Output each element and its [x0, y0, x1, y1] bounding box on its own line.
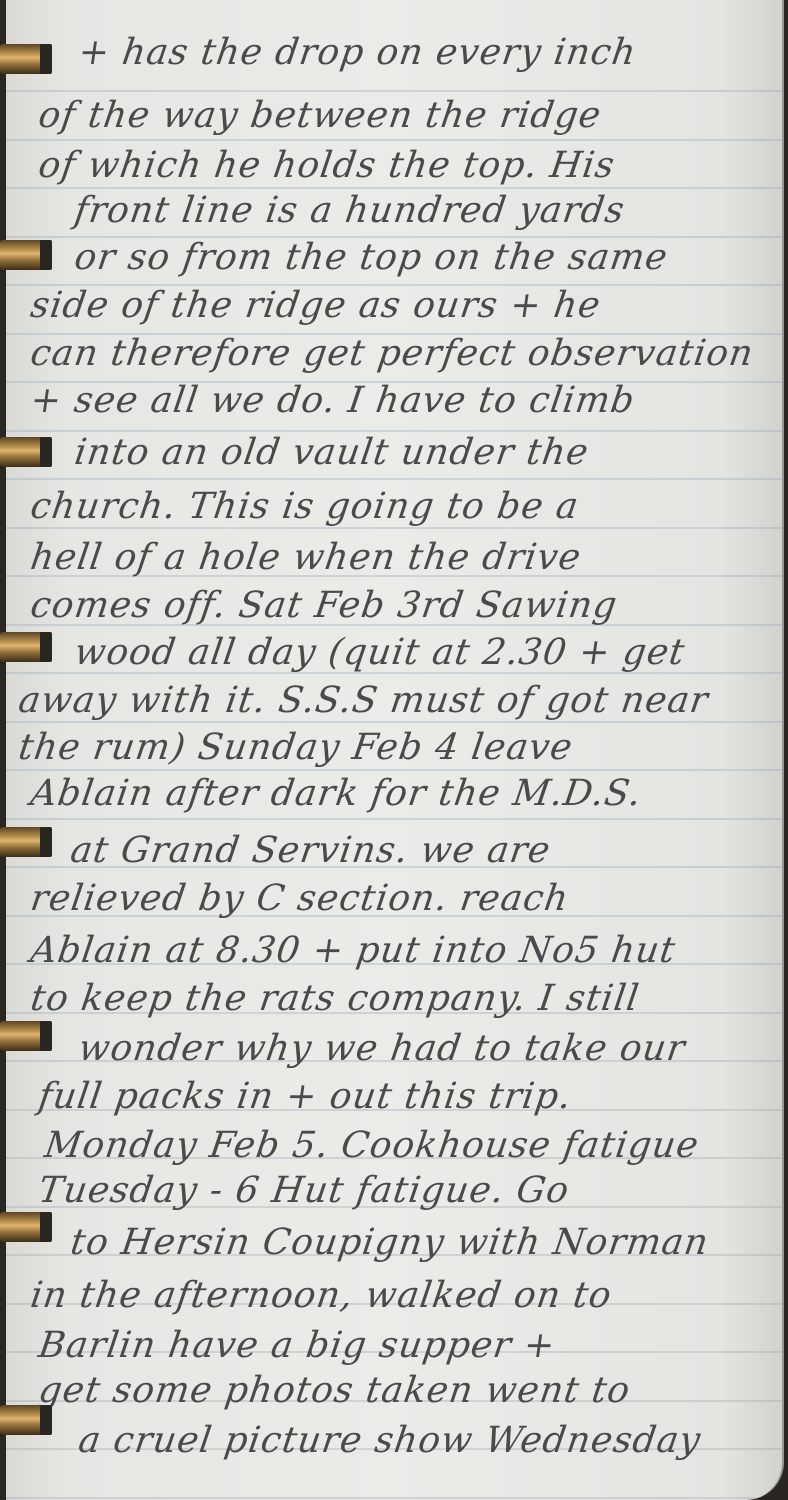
- text-line: Tuesday - 6 Hut fatigue. Go: [36, 1170, 572, 1211]
- spiral-ring-icon: [0, 240, 50, 270]
- text-line: Ablain at 8.30 + put into No5 hut: [28, 930, 678, 971]
- text-line: comes off. Sat Feb 3rd Sawing: [28, 585, 620, 626]
- text-line: church. This is going to be a: [28, 486, 582, 527]
- ruled-line: [6, 187, 782, 189]
- text-line: hell of a hole when the drive: [28, 537, 584, 578]
- ruled-line: [6, 1497, 782, 1499]
- text-line: wonder why we had to take our: [76, 1028, 688, 1069]
- text-line: of the way between the ridge: [36, 95, 604, 136]
- ruled-line: [6, 478, 782, 480]
- text-line: + has the drop on every inch: [76, 32, 639, 73]
- text-line: away with it. S.S.S must of got near: [16, 680, 711, 721]
- text-line: in the afternoon, walked on to: [28, 1275, 615, 1316]
- spiral-ring-icon: [0, 827, 50, 857]
- text-line: to Hersin Coupigny with Norman: [68, 1222, 711, 1263]
- spiral-ring-icon: [0, 1021, 50, 1051]
- text-line: Ablain after dark for the M.D.S.: [28, 773, 644, 814]
- text-line: relieved by C section. reach: [28, 878, 572, 919]
- text-line: side of the ridge as ours + he: [28, 285, 603, 326]
- notebook-page: + has the drop on every inch of the way …: [6, 0, 784, 1500]
- ruled-line: [6, 769, 782, 771]
- text-line: wood all day (quit at 2.30 + get: [72, 632, 688, 673]
- text-line: at Grand Servins. we are: [68, 830, 553, 871]
- text-line: or so from the top on the same: [72, 237, 671, 278]
- text-line: front line is a hundred yards: [72, 190, 627, 231]
- text-line: a cruel picture show Wednesday: [76, 1420, 704, 1461]
- text-line: the rum) Sunday Feb 4 leave: [16, 727, 576, 768]
- ruled-line: [6, 818, 782, 820]
- text-line: get some photos taken went to: [36, 1370, 633, 1411]
- spiral-ring-icon: [0, 44, 50, 74]
- text-line: Monday Feb 5. Cookhouse fatigue: [42, 1125, 702, 1166]
- ruled-line: [6, 90, 782, 92]
- ruled-line: [6, 527, 782, 529]
- spiral-ring-icon: [0, 1212, 50, 1242]
- spiral-ring-icon: [0, 1405, 50, 1435]
- ruled-line: [6, 721, 782, 723]
- ruled-line: [6, 139, 782, 141]
- spiral-ring-icon: [0, 437, 50, 467]
- text-line: can therefore get perfect observation: [28, 333, 756, 374]
- spiral-ring-icon: [0, 632, 50, 662]
- text-line: into an old vault under the: [72, 432, 592, 473]
- text-line: to keep the rats company. I still: [28, 978, 642, 1019]
- text-line: + see all we do. I have to climb: [28, 380, 638, 421]
- text-line: Barlin have a big supper +: [36, 1325, 558, 1366]
- text-line: of which he holds the top. His: [36, 145, 618, 186]
- text-line: full packs in + out this trip.: [36, 1076, 574, 1117]
